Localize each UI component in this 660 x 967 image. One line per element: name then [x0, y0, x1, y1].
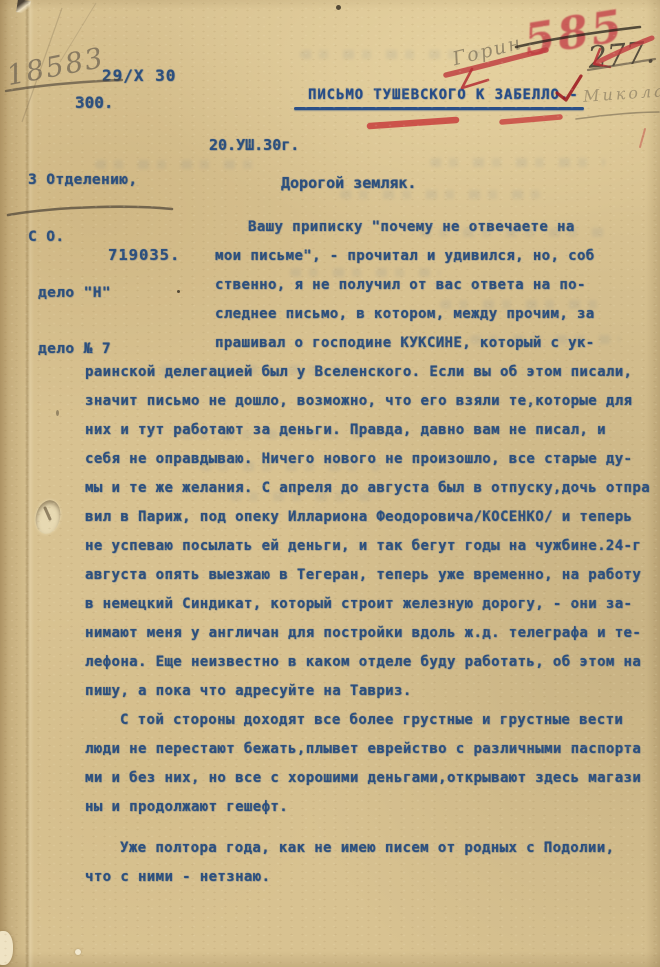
pencil-underline: [576, 112, 659, 119]
red-dash: [640, 129, 645, 147]
letter-line: себя не оправдываю. Ничего нового не про…: [0, 451, 660, 480]
red-underline: [502, 117, 560, 122]
bleedthrough-text: [430, 158, 605, 167]
date-received-stamp: 29/X 30: [102, 66, 176, 85]
routing-line: 3 Отделению,: [28, 171, 138, 190]
paper-fleck: [75, 949, 81, 955]
letter-line: что с ними - нетзнаю.: [0, 869, 660, 898]
red-arrowhead: [462, 69, 488, 88]
copies-number: 300.: [75, 93, 114, 112]
title-margin-note: Микола: [582, 81, 660, 106]
letter-line: Вашу приписку "почему не отвечаете на: [0, 219, 660, 248]
letter-line: ны и продолжают гешефт.: [0, 799, 660, 828]
paper-speck: [56, 410, 59, 416]
letter-line: люди не перестают бежать,плывет еврейств…: [0, 741, 660, 770]
letter-line: значит письмо не дошло, возможно, что ег…: [0, 393, 660, 422]
letter-line: мои письме", - прочитал и удивился, но, …: [0, 248, 660, 277]
letter-line: раинской делегацией был у Вселенского. Е…: [0, 364, 660, 393]
corner-tear: [0, 931, 13, 965]
letter-line: августа опять выезжаю в Тегеран, теперь …: [0, 567, 660, 596]
letter-line: ственно, я не получил от вас ответа на п…: [0, 277, 660, 306]
letter-line: следнее письмо, в котором, между прочим,…: [0, 306, 660, 335]
letter-line: них и тут работают за деньги. Правда, да…: [0, 422, 660, 451]
pencil-page-number: 277.: [587, 35, 657, 76]
letter-body: Вашу приписку "почему не отвечаете на мо…: [0, 219, 660, 898]
staple-tear-mark: [16, 0, 31, 14]
salutation: Дорогой земляк.: [281, 174, 416, 192]
red-underline: [370, 120, 456, 126]
letter-line: не успеваю посылать ей деньги, и так бег…: [0, 538, 660, 567]
letter-line: прашивал о господине КУКСИНЕ, который с …: [0, 335, 660, 364]
letter-line: в немецкий Синдикат, который строит желе…: [0, 596, 660, 625]
document-title: ПИСЬМО ТУШЕВСКОГО К ЗАБЕЛЛО.-: [308, 87, 579, 103]
pencil-name-note: Горин: [450, 32, 524, 71]
ink-speck: [336, 5, 341, 10]
letter-line: нимают меня у англичан для постройки вдо…: [0, 625, 660, 654]
letter-line: лефона. Еще неизвестно в каком отделе бу…: [0, 654, 660, 683]
letter-line: ми и без них, но все с хорошими деньгами…: [0, 770, 660, 799]
letter-line: вил в Париж, под опеку Иллариона Феодоро…: [0, 509, 660, 538]
letter-date: 20.УШ.30г.: [209, 136, 299, 154]
title-underline: [294, 107, 584, 110]
letter-line: пишу, а пока что адресуйте на Тавриз.: [0, 683, 660, 712]
scanned-letter-page: 18583 29/X 30 300. 585 Горин 277. ПИСЬМО…: [0, 0, 660, 967]
letter-line: мы и те же желания. С апреля до августа …: [0, 480, 660, 509]
letter-line: Уже полтора года, как не имею писем от р…: [0, 840, 660, 869]
letter-line: С той стороны доходят все более грустные…: [0, 712, 660, 741]
registry-number-handwritten: 18583: [4, 41, 108, 92]
ink-speck: [177, 290, 180, 293]
